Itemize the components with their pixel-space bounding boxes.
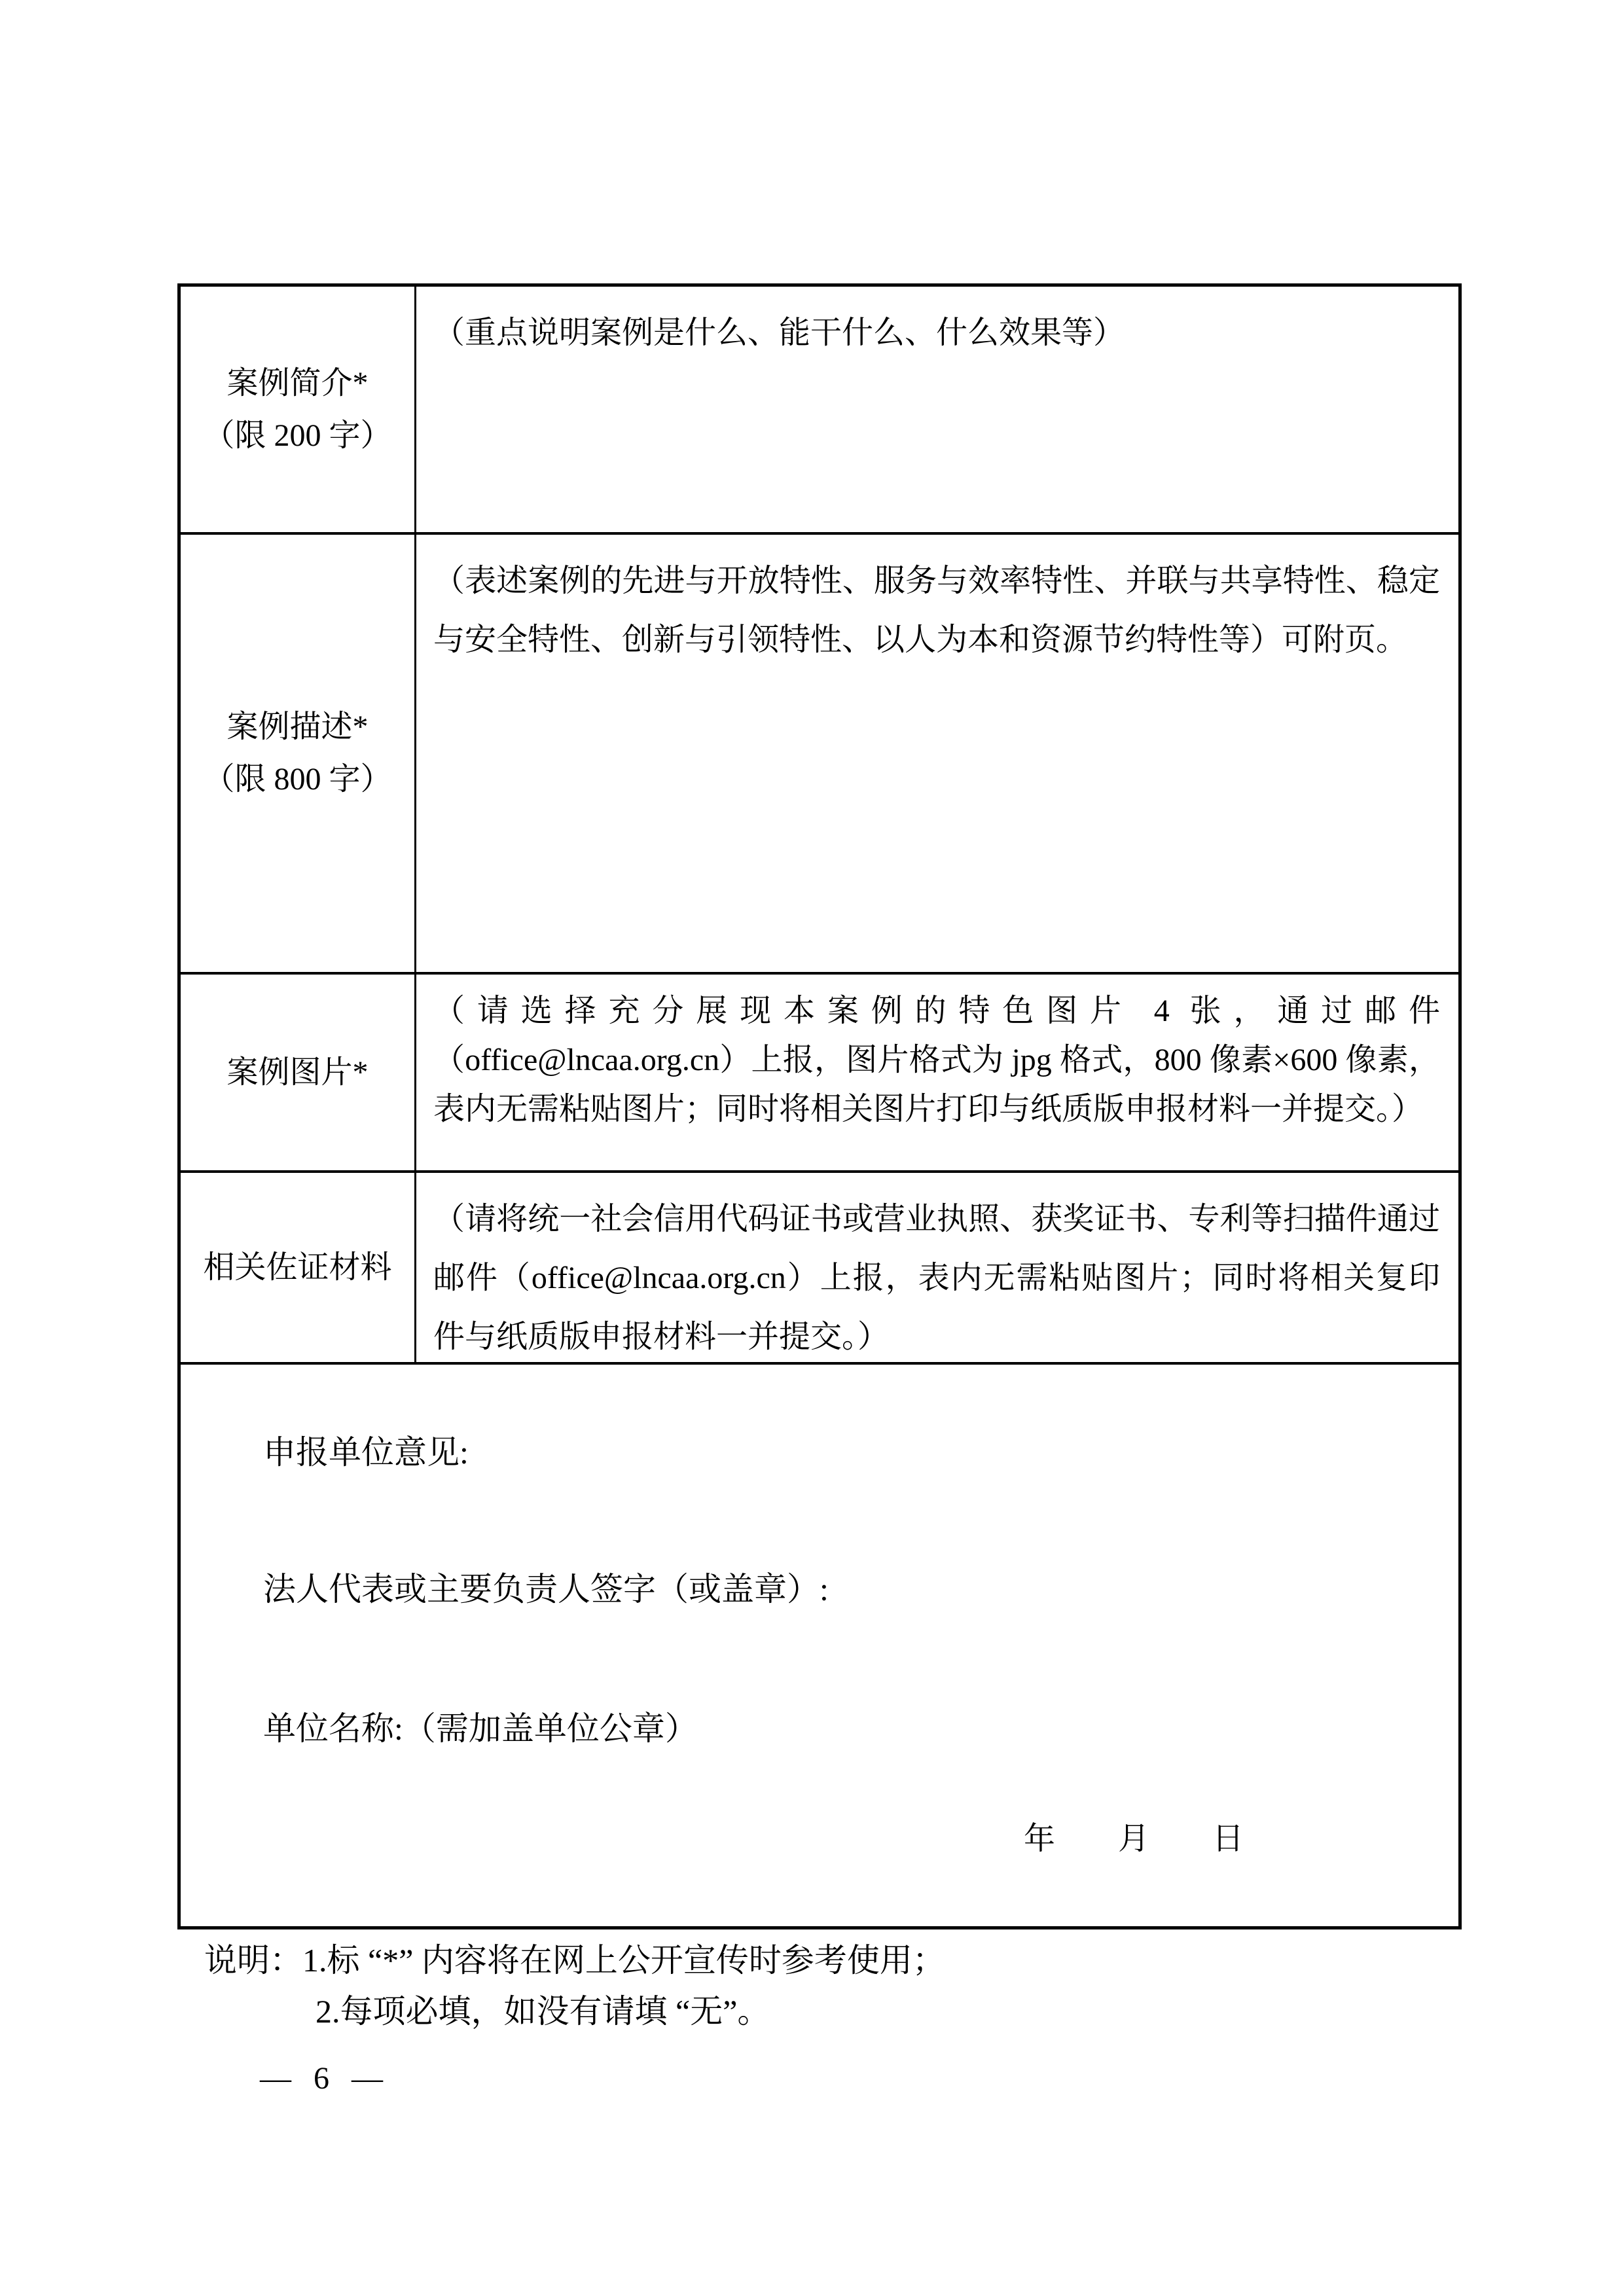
row-label-case-description-title: 案例描述* (226, 701, 368, 753)
row-label-case-intro: 案例简介* （限 200 字） (181, 287, 416, 535)
row-content-case-description: （表述案例的先进与开放特性、服务与效率特性、并联与共享特性、稳定与安全特性、创新… (416, 535, 1458, 975)
notes-section: 说明：1.标 “*” 内容将在网上公开宣传时参考使用； 2.每项必填，如没有请填… (204, 1935, 1350, 2037)
application-form-table: 案例简介* （限 200 字） （重点说明案例是什么、能干什么、什么效果等） 案… (177, 283, 1462, 1929)
row-label-case-intro-limit: （限 200 字） (203, 410, 391, 462)
row-content-case-images: （请选择充分展现本案例的特色图片 4 张，通过邮件（office@lncaa.o… (416, 975, 1458, 1173)
opinion-label: 申报单位意见: (263, 1427, 469, 1478)
note-item-1: 1.标 “*” 内容将在网上公开宣传时参考使用； (302, 1942, 945, 1979)
note-line-1: 说明：1.标 “*” 内容将在网上公开宣传时参考使用； (204, 1935, 1350, 1986)
row-label-case-images-title: 案例图片* (226, 1047, 368, 1099)
unit-name-label: 单位名称:（需加盖单位公章） (263, 1703, 698, 1754)
row-label-case-images: 案例图片* (181, 975, 416, 1173)
row-content-case-intro: （重点说明案例是什么、能干什么、什么效果等） (416, 287, 1458, 535)
row-label-case-description: 案例描述* （限 800 字） (181, 535, 416, 975)
page-number: — 6 — (260, 2060, 383, 2097)
declaring-unit-opinion-cell: 申报单位意见: 法人代表或主要负责人签字（或盖章）: 单位名称:（需加盖单位公章… (181, 1365, 1458, 1926)
date-line: 年 月 日 (1024, 1814, 1244, 1865)
notes-prefix: 说明： (204, 1942, 302, 1979)
row-content-supporting-materials: （请将统一社会信用代码证书或营业执照、获奖证书、专利等扫描件通过邮件（offic… (416, 1173, 1458, 1365)
row-label-case-description-limit: （限 800 字） (203, 753, 391, 806)
document-page: 案例简介* （限 200 字） （重点说明案例是什么、能干什么、什么效果等） 案… (0, 0, 1624, 2296)
row-label-supporting-materials-title: 相关佐证材料 (203, 1242, 391, 1294)
note-item-2: 2.每项必填，如没有请填 “无”。 (204, 1986, 1350, 2037)
row-label-supporting-materials: 相关佐证材料 (181, 1173, 416, 1365)
row-label-case-intro-title: 案例简介* (226, 357, 368, 410)
signature-label: 法人代表或主要负责人签字（或盖章）: (263, 1564, 829, 1615)
